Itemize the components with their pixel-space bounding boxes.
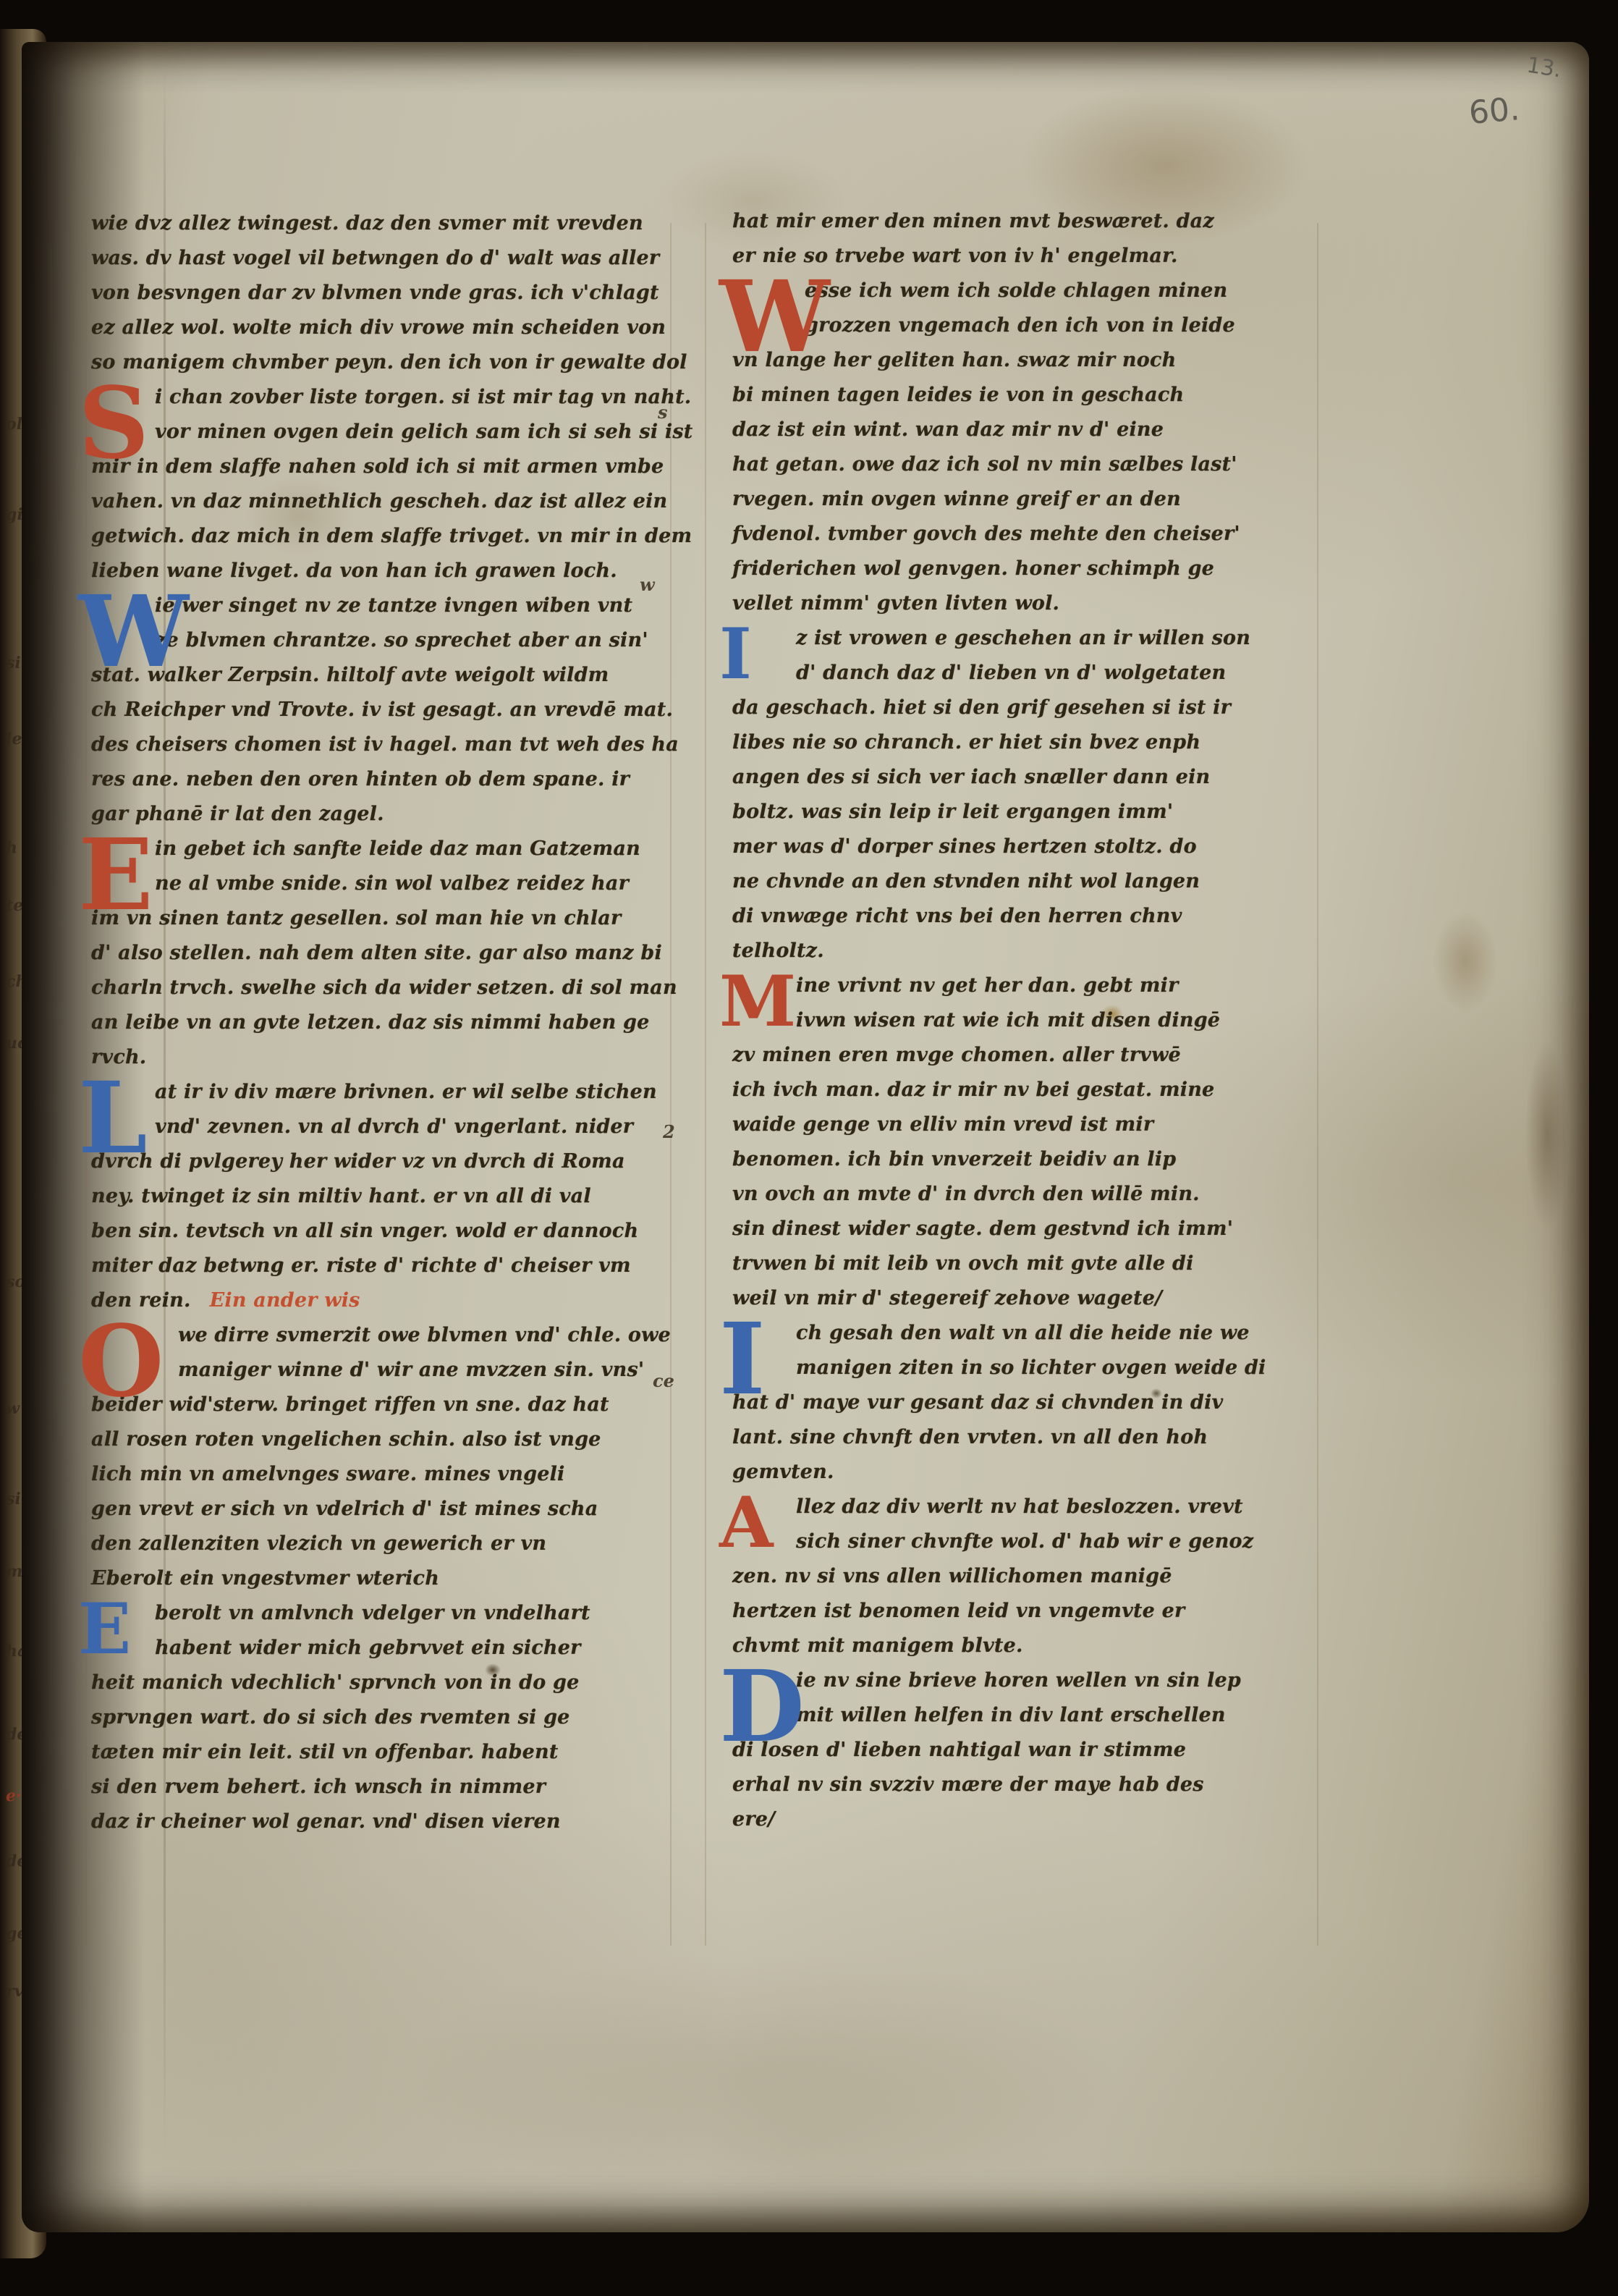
- text-line: Eberolt ein vngestvmer wterich: [91, 1561, 674, 1596]
- facing-page-text-fragment: gi: [6, 507, 23, 523]
- text-line: daz ist ein wint. wan daz mir nv d' eine: [732, 413, 1320, 447]
- text-line: si den rvem behert. ich wnsch in nimmer: [91, 1770, 674, 1805]
- facing-page-text-fragment: le: [6, 731, 22, 747]
- text-line: den zallenziten vlezich vn gewerich er v…: [91, 1527, 674, 1561]
- illuminated-initial: L: [78, 1069, 148, 1168]
- folio-number-small: 13.: [1525, 52, 1564, 83]
- text-line: vn ovch an mvte d' in dvrch den willē mi…: [732, 1177, 1320, 1212]
- text-line: angen des si sich ver iach snæller dann …: [732, 760, 1320, 795]
- text-line: beider wid'sterw. bringet riffen vn sne.…: [91, 1388, 674, 1422]
- text-line: ere/: [732, 1802, 1320, 1837]
- rubric: Ein ander wis: [210, 1289, 360, 1312]
- text-line: ney. twinget iz sin miltiv hant. er vn a…: [91, 1179, 674, 1214]
- illuminated-initial: E: [78, 826, 153, 924]
- facing-page-text-fragment: rv: [6, 1983, 24, 1999]
- text-line: llez daz div werlt nv hat beslozzen. vre…: [732, 1490, 1320, 1524]
- text-line: mit willen helfen in div lant erschellen: [732, 1698, 1320, 1733]
- text-line: was. dv hast vogel vil betwngen do d' wa…: [91, 241, 674, 276]
- text-line: rvch.: [91, 1040, 674, 1075]
- text-line: z ist vrowen e geschehen an ir willen so…: [732, 621, 1320, 656]
- text-line: di vnwæge richt vns bei den herren chnv: [732, 899, 1320, 934]
- stain: [1525, 1041, 1569, 1229]
- margin-note: 2: [663, 1123, 675, 1141]
- manuscript-photo: { "page": { "folio_small": "13.", "folio…: [0, 0, 1618, 2296]
- illuminated-initial: I: [719, 620, 752, 689]
- text-column-right: hat mir emer den minen mvt beswæret. daz…: [732, 204, 1320, 1837]
- text-line: zen. nv si vns allen willichomen manigē: [732, 1559, 1320, 1594]
- text-line: lich min vn amelvnges sware. mines vngel…: [91, 1457, 674, 1492]
- text-line: rvegen. min ovgen winne greif er an den: [732, 482, 1320, 517]
- facing-page-text-fragment: ol: [6, 416, 22, 432]
- stanza: Iz ist vrowen e geschehen an ir willen s…: [732, 621, 1320, 968]
- parchment-page: 13. 60. wie dvz allez twingest. daz den …: [22, 42, 1589, 2232]
- text-line: tæten mir ein leit. stil vn offenbar. ha…: [91, 1735, 674, 1770]
- text-line: benomen. ich bin vnverzeit beidiv an lip: [732, 1142, 1320, 1177]
- text-line: da geschach. hiet si den grif gesehen si…: [732, 691, 1320, 725]
- text-line: waide genge vn elliv min vrevd ist mir: [732, 1107, 1320, 1142]
- text-line: d' danch daz d' lieben vn d' wolgetaten: [732, 656, 1320, 691]
- stanza: Lat ir iv div mære brivnen. er wil selbe…: [91, 1075, 674, 1318]
- text-line: hat getan. owe daz ich sol nv min sælbes…: [732, 447, 1320, 482]
- ruling-line: [705, 223, 706, 1946]
- text-line: ez allez wol. wolte mich div vrowe min s…: [91, 311, 674, 345]
- text-line: des cheisers chomen ist iv hagel. man tv…: [91, 727, 674, 762]
- text-line: ivwn wisen rat wie ich mit disen dingē: [732, 1003, 1320, 1038]
- text-line: an leibe vn an gvte letzen. daz sis nimm…: [91, 1005, 674, 1040]
- text-line: mir in dem slaffe nahen sold ich si mit …: [91, 450, 674, 484]
- stanza: Si chan zovber liste torgen. si ist mir …: [91, 380, 674, 588]
- text-line: mer was d' dorper sines hertzen stoltz. …: [732, 830, 1320, 864]
- margin-note: s: [658, 404, 668, 421]
- text-line: lant. sine chvnft den vrvten. vn all den…: [732, 1420, 1320, 1455]
- illuminated-initial: O: [78, 1312, 164, 1411]
- text-line: gen vrevt er sich vn vdelrich d' ist min…: [91, 1492, 674, 1527]
- stanza: Mine vrivnt nv get her dan. gebt mirivwn…: [732, 968, 1320, 1316]
- text-line: berolt vn amlvnch vdelger vn vndelhart: [91, 1596, 674, 1631]
- text-line: sin dinest wider sagte. dem gestvnd ich …: [732, 1212, 1320, 1246]
- text-line: manigen ziten in so lichter ovgen weide …: [732, 1351, 1320, 1385]
- text-line: im vn sinen tantz gesellen. sol man hie …: [91, 901, 674, 936]
- stain: [1433, 911, 1498, 1012]
- text-line: ich ivch man. daz ir mir nv bei gestat. …: [732, 1073, 1320, 1107]
- text-line: i chan zovber liste torgen. si ist mir t…: [91, 380, 674, 415]
- illuminated-initial: M: [719, 967, 796, 1037]
- text-line: we dirre svmerzit owe blvmen vnd' chle. …: [91, 1318, 674, 1353]
- text-line: heit manich vdechlich' sprvnch von in do…: [91, 1666, 674, 1700]
- facing-page-text-fragment: w: [6, 1401, 20, 1417]
- text-line: chvmt mit manigem blvte.: [732, 1629, 1320, 1663]
- text-line: so manigem chvmber peyn. den ich von ir …: [91, 345, 674, 380]
- text-line: sprvngen wart. do si sich des rvemten si…: [91, 1700, 674, 1735]
- stanza: Die nv sine brieve horen wellen vn sin l…: [732, 1663, 1320, 1837]
- text-line: hat d' maye vur gesant daz si chvnden in…: [732, 1385, 1320, 1420]
- text-line: zv minen eren mvge chomen. aller trvwē: [732, 1038, 1320, 1073]
- text-line: boltz. was sin leip ir leit ergangen imm…: [732, 795, 1320, 830]
- facing-page-text-fragment: e·: [6, 1788, 22, 1804]
- text-line: vellet nimm' gvten livten wol.: [732, 586, 1320, 621]
- text-line: ch gesah den walt vn all die heide nie w…: [732, 1316, 1320, 1351]
- text-line: getwich. daz mich in dem slaffe trivget.…: [91, 519, 674, 554]
- illuminated-initial: I: [719, 1310, 766, 1409]
- illuminated-initial: A: [719, 1488, 774, 1558]
- text-line: bi minen tagen leides ie von in geschach: [732, 378, 1320, 413]
- illuminated-initial: W: [719, 268, 830, 366]
- text-line: res ane. neben den oren hinten ob dem sp…: [91, 762, 674, 797]
- stain: [398, 1953, 1122, 2199]
- text-column-left: wie dvz allez twingest. daz den svmer mi…: [91, 206, 674, 1839]
- stanza: Wesse ich wem ich solde chlagen minengro…: [732, 274, 1320, 621]
- text-line: at ir iv div mære brivnen. er wil selbe …: [91, 1075, 674, 1110]
- text-line: vahen. vn daz minnethlich gescheh. daz i…: [91, 484, 674, 519]
- text-line: ie nv sine brieve horen wellen vn sin le…: [732, 1663, 1320, 1698]
- text-line: maniger winne d' wir ane mvzzen sin. vns…: [91, 1353, 674, 1388]
- facing-page-text-fragment: si: [6, 655, 21, 671]
- illuminated-initial: D: [719, 1658, 805, 1756]
- illuminated-initial: S: [78, 374, 149, 473]
- text-line: d' also stellen. nah dem alten site. gar…: [91, 936, 674, 971]
- margin-note: w: [640, 576, 655, 594]
- margin-note: ce: [653, 1372, 674, 1390]
- text-line: wie dvz allez twingest. daz den svmer mi…: [91, 206, 674, 241]
- stanza: Ein gebet ich sanfte leide daz man Gatze…: [91, 832, 674, 1075]
- text-line: in gebet ich sanfte leide daz man Gatzem…: [91, 832, 674, 866]
- stanza: Allez daz div werlt nv hat beslozzen. vr…: [732, 1490, 1320, 1663]
- text-line: daz ir cheiner wol genar. vnd' disen vie…: [91, 1805, 674, 1839]
- stanza: Ich gesah den walt vn all die heide nie …: [732, 1316, 1320, 1490]
- text-line: miter daz betwng er. riste d' richte d' …: [91, 1249, 674, 1283]
- facing-page-text-fragment: si: [6, 1491, 21, 1507]
- text-line: ch Reichper vnd Trovte. iv ist gesagt. a…: [91, 693, 674, 727]
- text-line: sich siner chvnfte wol. d' hab wir e gen…: [732, 1524, 1320, 1559]
- text-line: dvrch di pvlgerey her wider vz vn dvrch …: [91, 1144, 674, 1179]
- text-line: all rosen roten vngelichen schin. also i…: [91, 1422, 674, 1457]
- text-line: di losen d' lieben nahtigal wan ir stimm…: [732, 1733, 1320, 1768]
- illuminated-initial: W: [78, 583, 189, 681]
- text-line: habent wider mich gebrvvet ein sicher: [91, 1631, 674, 1666]
- stanza: wie dvz allez twingest. daz den svmer mi…: [91, 206, 674, 380]
- text-line: den rein.Ein ander wis: [91, 1283, 674, 1318]
- text-line: hertzen ist benomen leid vn vngemvte er: [732, 1594, 1320, 1629]
- text-line: gemvten.: [732, 1455, 1320, 1490]
- text-line: gar phanē ir lat den zagel.: [91, 797, 674, 832]
- text-line: ine vrivnt nv get her dan. gebt mir: [732, 968, 1320, 1003]
- text-line: von besvngen dar zv blvmen vnde gras. ic…: [91, 276, 674, 311]
- text-line: hat mir emer den minen mvt beswæret. daz: [732, 204, 1320, 239]
- text-line: ben sin. tevtsch vn all sin vnger. wold …: [91, 1214, 674, 1249]
- text-line: erhal nv sin svzziv mære der maye hab de…: [732, 1768, 1320, 1802]
- text-line: ne chvnde an den stvnden niht wol langen: [732, 864, 1320, 899]
- illuminated-initial: E: [78, 1595, 131, 1664]
- folio-number-large: 60.: [1467, 90, 1521, 132]
- text-line: friderichen wol genvgen. honer schimph g…: [732, 552, 1320, 586]
- stanza: Owe dirre svmerzit owe blvmen vnd' chle.…: [91, 1318, 674, 1596]
- stanza: Eberolt vn amlvnch vdelger vn vndelharth…: [91, 1596, 674, 1839]
- stanza: Wie wer singet nv ze tantze ivngen wiben…: [91, 588, 674, 832]
- text-line: vnd' zevnen. vn al dvrch d' vngerlant. n…: [91, 1110, 674, 1144]
- text-line: fvdenol. tvmber govch des mehte den chei…: [732, 517, 1320, 552]
- text-line: libes nie so chranch. er hiet sin bvez e…: [732, 725, 1320, 760]
- text-line: ne al vmbe snide. sin wol valbez reidez …: [91, 866, 674, 901]
- text-line: trvwen bi mit leib vn ovch mit gvte alle…: [732, 1246, 1320, 1281]
- text-line: vor minen ovgen dein gelich sam ich si s…: [91, 415, 674, 450]
- text-line: charln trvch. swelhe sich da wider setze…: [91, 971, 674, 1005]
- text-line: telholtz.: [732, 934, 1320, 968]
- text-line: weil vn mir d' stegereif zehove wagete/: [732, 1281, 1320, 1316]
